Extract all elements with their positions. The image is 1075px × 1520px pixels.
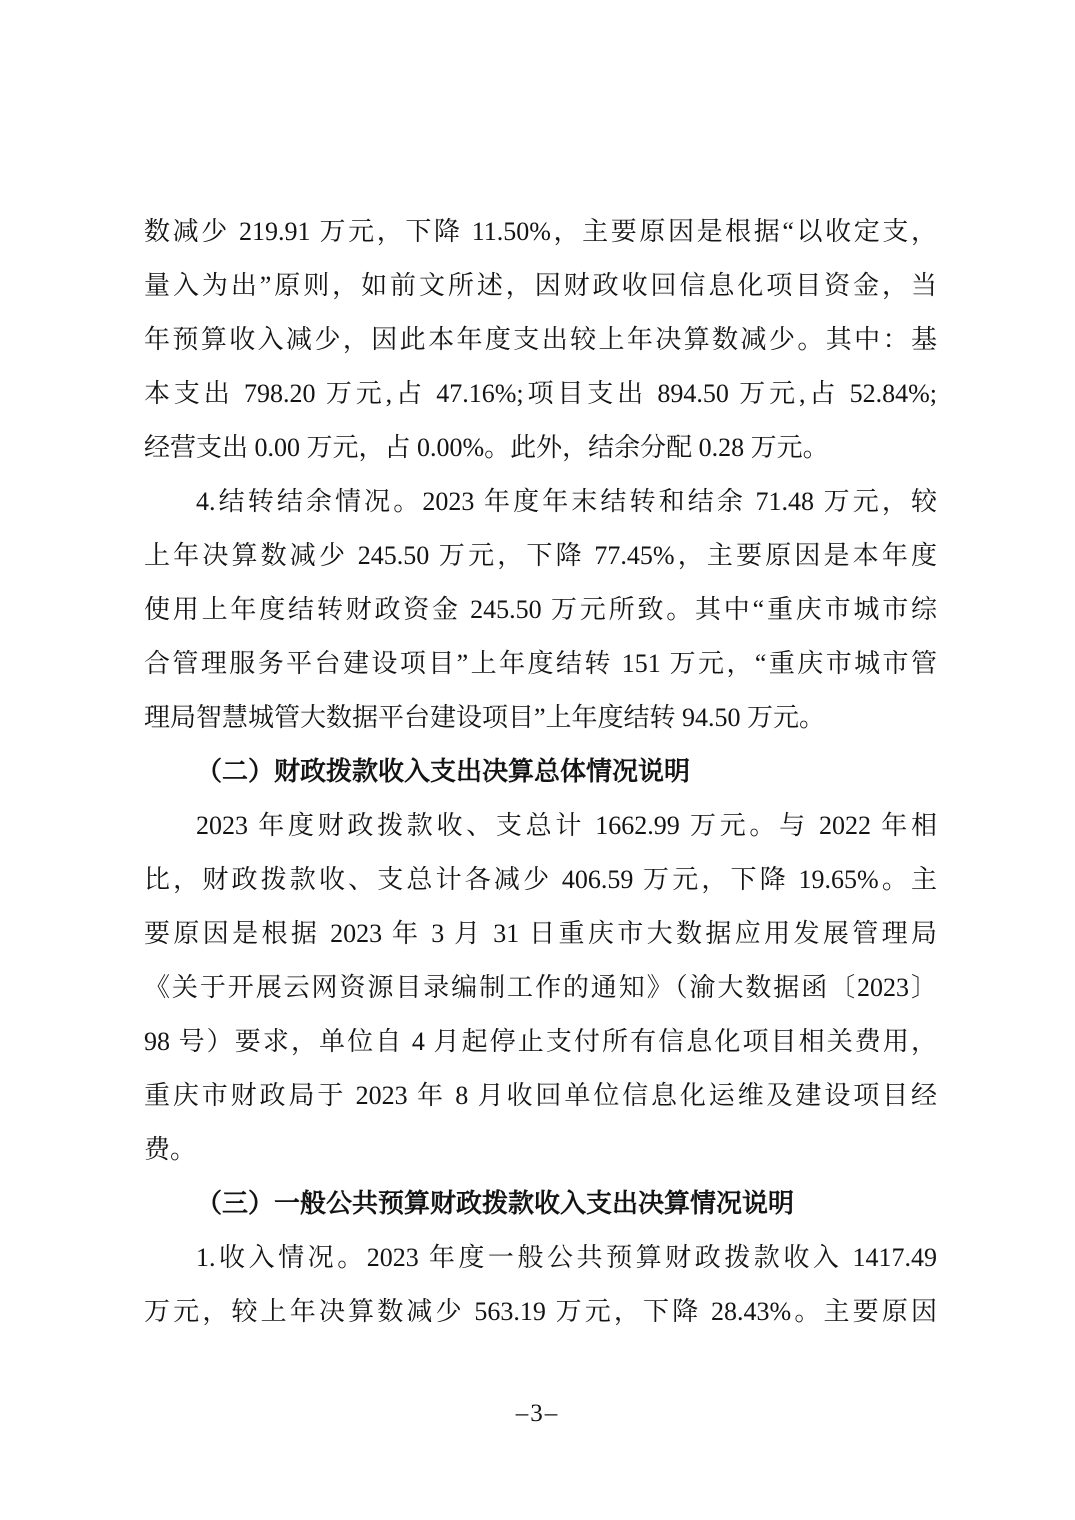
body-line: 年预算收入减少，因此本年度支出较上年决算数减少。其中：基: [144, 313, 937, 367]
body-line: 2023 年度财政拨款收、支总计 1662.99 万元。与 2022 年相: [144, 799, 937, 853]
section-heading-3: （三）一般公共预算财政拨款收入支出决算情况说明: [144, 1177, 937, 1231]
body-line: 经营支出 0.00 万元，占 0.00%。此外，结余分配 0.28 万元。: [144, 421, 937, 475]
page-number: –3–: [0, 1399, 1075, 1429]
body-line: 理局智慧城管大数据平台建设项目”上年度结转 94.50 万元。: [144, 691, 937, 745]
document-page: 数减少 219.91 万元，下降 11.50%，主要原因是根据“以收定支， 量入…: [0, 0, 1075, 1520]
body-line: 使用上年度结转财政资金 245.50 万元所致。其中“重庆市城市综: [144, 583, 937, 637]
body-line: 要原因是根据 2023 年 3 月 31 日重庆市大数据应用发展管理局: [144, 907, 937, 961]
body-line: 1.收入情况。2023 年度一般公共预算财政拨款收入 1417.49: [144, 1231, 937, 1285]
body-line: 《关于开展云网资源目录编制工作的通知》（渝大数据函〔2023〕: [144, 961, 937, 1015]
body-line: 量入为出”原则，如前文所述，因财政收回信息化项目资金，当: [144, 259, 937, 313]
body-line: 合管理服务平台建设项目”上年度结转 151 万元，“重庆市城市管: [144, 637, 937, 691]
body-line: 万元，较上年决算数减少 563.19 万元，下降 28.43%。主要原因: [144, 1285, 937, 1339]
body-line: 98 号）要求，单位自 4 月起停止支付所有信息化项目相关费用，: [144, 1015, 937, 1069]
section-heading-2: （二）财政拨款收入支出决算总体情况说明: [144, 745, 937, 799]
body-line: 比，财政拨款收、支总计各减少 406.59 万元，下降 19.65%。主: [144, 853, 937, 907]
body-line: 重庆市财政局于 2023 年 8 月收回单位信息化运维及建设项目经: [144, 1069, 937, 1123]
body-line: 上年决算数减少 245.50 万元，下降 77.45%，主要原因是本年度: [144, 529, 937, 583]
body-line: 费。: [144, 1123, 937, 1177]
text-block: 数减少 219.91 万元，下降 11.50%，主要原因是根据“以收定支， 量入…: [144, 205, 937, 1339]
body-line: 4.结转结余情况。2023 年度年末结转和结余 71.48 万元，较: [144, 475, 937, 529]
body-line: 本支出 798.20 万元,占 47.16%;项目支出 894.50 万元,占 …: [144, 367, 937, 421]
body-line: 数减少 219.91 万元，下降 11.50%，主要原因是根据“以收定支，: [144, 205, 937, 259]
